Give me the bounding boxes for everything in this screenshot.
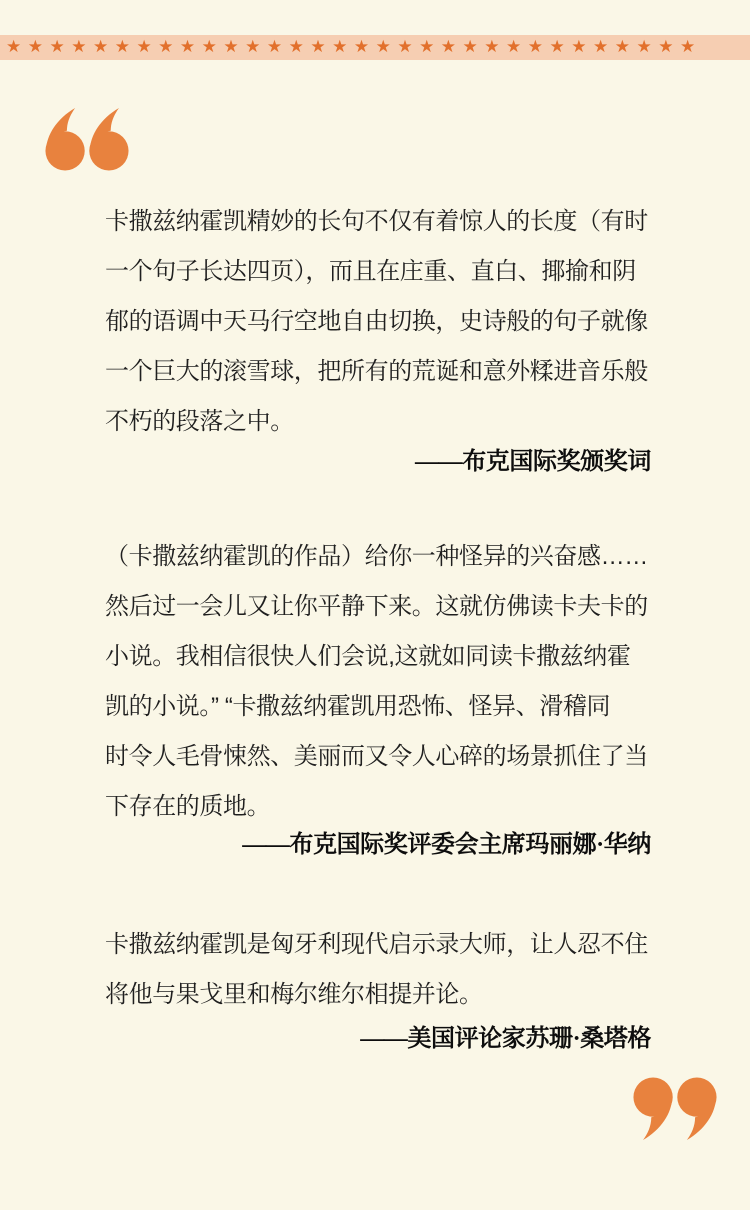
page: ★★★★★★★★★★★★★★★★★★★★★★★★★★★★★★★★ 卡撒兹纳霍凯精… — [0, 0, 750, 1210]
star-band: ★★★★★★★★★★★★★★★★★★★★★★★★★★★★★★★★ — [0, 35, 750, 60]
close-quote-icon — [633, 1076, 717, 1142]
quote-attribution-1: ——布克国际奖颁奖词 — [105, 437, 651, 487]
open-quote-icon — [45, 106, 129, 172]
quote-text-3: 卡撒兹纳霍凯是匈牙利现代启示录大师，让人忍不住 将他与果戈里和梅尔维尔相提并论。 — [105, 920, 657, 1020]
quote-attribution-3: ——美国评论家苏珊·桑塔格 — [105, 1014, 651, 1064]
quote-text-2: （卡撒兹纳霍凯的作品）给你一种怪异的兴奋感…… 然后过一会儿又让你平静下来。这就… — [105, 532, 657, 832]
star-row-icon: ★★★★★★★★★★★★★★★★★★★★★★★★★★★★★★★★ — [0, 35, 702, 60]
quote-attribution-2: ——布克国际奖评委会主席玛丽娜·华纳 — [105, 820, 651, 870]
quote-text-1: 卡撒兹纳霍凯精妙的长句不仅有着惊人的长度（有时 一个句子长达四页），而且在庄重、… — [105, 197, 657, 447]
